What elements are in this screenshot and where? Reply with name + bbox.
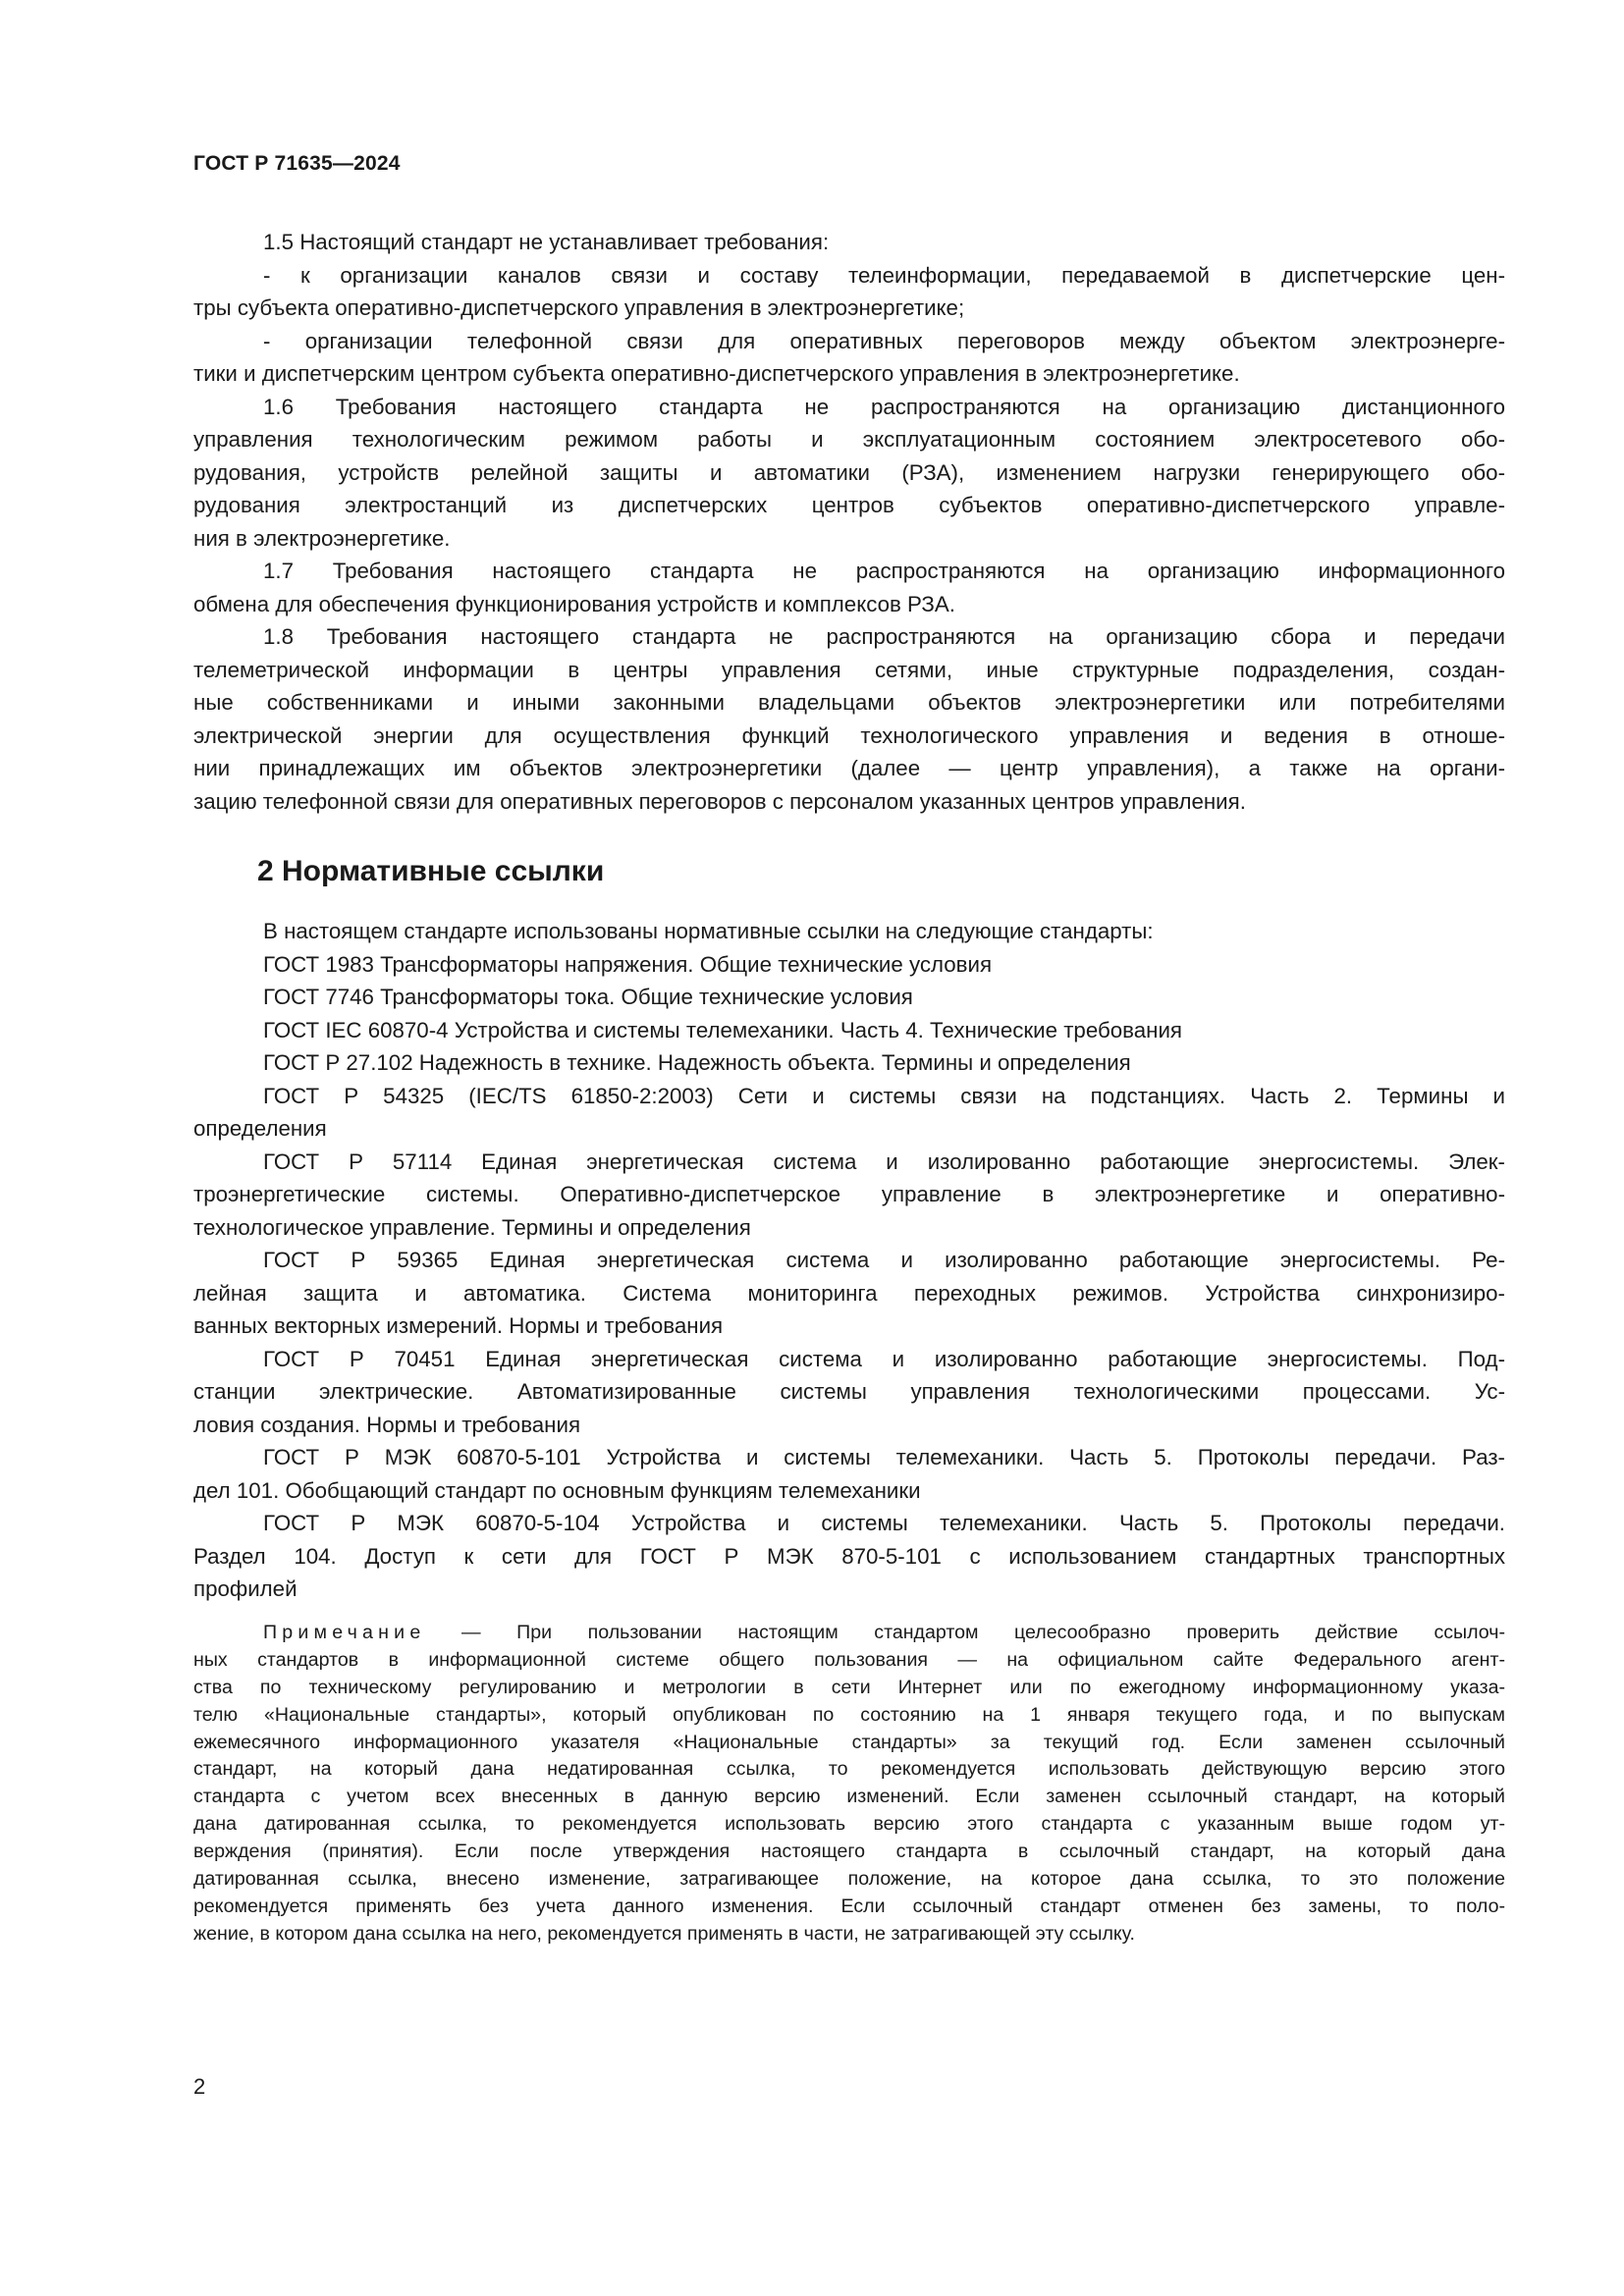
text-line: ГОСТ 1983 Трансформаторы напряжения. Общ…	[193, 948, 1505, 982]
paragraph: 1.6 Требования настоящего стандарта не р…	[193, 391, 1505, 556]
note-line: ства по техническому регулированию и мет…	[193, 1675, 1505, 1702]
text-line: - к организации каналов связи и составу …	[193, 259, 1505, 293]
note-line: рекомендуется применять без учета данног…	[193, 1894, 1505, 1921]
text-line: ГОСТ Р 57114 Единая энергетическая систе…	[193, 1146, 1505, 1179]
note-body: ных стандартов в информационной системе …	[193, 1647, 1505, 1949]
section-heading-normative-references: 2 Нормативные ссылки	[257, 855, 604, 888]
text-line: ГОСТ 7746 Трансформаторы тока. Общие тех…	[193, 981, 1505, 1014]
note-line: верждения (принятия). Если после утвержд…	[193, 1839, 1505, 1866]
text-line: 1.6 Требования настоящего стандарта не р…	[193, 391, 1505, 424]
text-line: ГОСТ Р 27.102 Надежность в технике. Наде…	[193, 1046, 1505, 1080]
text-line: телеметрической информации в центры упра…	[193, 654, 1505, 687]
paragraph: ГОСТ Р МЭК 60870-5-101 Устройства и сист…	[193, 1441, 1505, 1507]
text-line: дел 101. Обобщающий стандарт по основным…	[193, 1474, 1505, 1508]
text-line: электрической энергии для осуществления …	[193, 720, 1505, 753]
text-line: ванных векторных измерений. Нормы и треб…	[193, 1309, 1505, 1343]
note-line: ных стандартов в информационной системе …	[193, 1647, 1505, 1675]
paragraph: ГОСТ Р 59365 Единая энергетическая систе…	[193, 1244, 1505, 1343]
text-line: 1.5 Настоящий стандарт не устанавливает …	[193, 226, 1505, 259]
paragraph: - организации телефонной связи для опера…	[193, 325, 1505, 391]
note-line: ежемесячного информационного указателя «…	[193, 1730, 1505, 1757]
text-line: управления технологическим режимом работ…	[193, 423, 1505, 456]
paragraph: ГОСТ Р 57114 Единая энергетическая систе…	[193, 1146, 1505, 1245]
page-number: 2	[193, 2074, 205, 2100]
text-line: рудования, устройств релейной защиты и а…	[193, 456, 1505, 490]
text-line: ГОСТ IEC 60870-4 Устройства и системы те…	[193, 1014, 1505, 1047]
paragraph: ГОСТ Р 27.102 Надежность в технике. Наде…	[193, 1046, 1505, 1080]
note-line: стандарт, на который дана недатированная…	[193, 1756, 1505, 1784]
note-first-line: Примечание — При пользовании настоящим с…	[193, 1620, 1505, 1647]
text-line: обмена для обеспечения функционирования …	[193, 588, 1505, 621]
text-line: тры субъекта оперативно-диспетчерского у…	[193, 292, 1505, 325]
paragraph: 1.8 Требования настоящего стандарта не р…	[193, 620, 1505, 818]
paragraph: ГОСТ Р 54325 (IEC/TS 61850-2:2003) Сети …	[193, 1080, 1505, 1146]
text-line: профилей	[193, 1573, 1505, 1606]
note-line: жение, в котором дана ссылка на него, ре…	[193, 1921, 1505, 1949]
text-line: ГОСТ Р 54325 (IEC/TS 61850-2:2003) Сети …	[193, 1080, 1505, 1113]
text-line: ния в электроэнергетике.	[193, 522, 1505, 556]
text-line: 1.8 Требования настоящего стандарта не р…	[193, 620, 1505, 654]
paragraph: ГОСТ Р 70451 Единая энергетическая систе…	[193, 1343, 1505, 1442]
paragraph: В настоящем стандарте использованы норма…	[193, 915, 1505, 948]
text-line: В настоящем стандарте использованы норма…	[193, 915, 1505, 948]
text-line: - организации телефонной связи для опера…	[193, 325, 1505, 358]
text-line: ные собственниками и иными законными вла…	[193, 686, 1505, 720]
text-line: станции электрические. Автоматизированны…	[193, 1375, 1505, 1409]
text-line: тики и диспетчерским центром субъекта оп…	[193, 357, 1505, 391]
note-line: датированная ссылка, внесено изменение, …	[193, 1866, 1505, 1894]
note-block: Примечание — При пользовании настоящим с…	[193, 1620, 1505, 1949]
paragraph: ГОСТ 7746 Трансформаторы тока. Общие тех…	[193, 981, 1505, 1014]
note-line: стандарта с учетом всех внесенных в данн…	[193, 1784, 1505, 1811]
section-1-scope-continuation: 1.5 Настоящий стандарт не устанавливает …	[193, 226, 1505, 818]
text-line: ГОСТ Р 70451 Единая энергетическая систе…	[193, 1343, 1505, 1376]
text-line: зацию телефонной связи для оперативных п…	[193, 785, 1505, 819]
text-line: технологическое управление. Термины и оп…	[193, 1211, 1505, 1245]
document-code-header: ГОСТ Р 71635—2024	[193, 152, 401, 176]
text-line: 1.7 Требования настоящего стандарта не р…	[193, 555, 1505, 588]
text-line: троэнергетические системы. Оперативно-ди…	[193, 1178, 1505, 1211]
text-line: лейная защита и автоматика. Система мони…	[193, 1277, 1505, 1310]
paragraph: 1.5 Настоящий стандарт не устанавливает …	[193, 226, 1505, 259]
text-line: ГОСТ Р МЭК 60870-5-104 Устройства и сист…	[193, 1507, 1505, 1540]
text-line: ГОСТ Р 59365 Единая энергетическая систе…	[193, 1244, 1505, 1277]
text-line: Раздел 104. Доступ к сети для ГОСТ Р МЭК…	[193, 1540, 1505, 1574]
text-line: рудования электростанций из диспетчерски…	[193, 489, 1505, 522]
note-line: дана датированная ссылка, то рекомендует…	[193, 1811, 1505, 1839]
paragraph: ГОСТ IEC 60870-4 Устройства и системы те…	[193, 1014, 1505, 1047]
text-line: ловия создания. Нормы и требования	[193, 1409, 1505, 1442]
text-line: определения	[193, 1112, 1505, 1146]
paragraph: ГОСТ 1983 Трансформаторы напряжения. Общ…	[193, 948, 1505, 982]
paragraph: - к организации каналов связи и составу …	[193, 259, 1505, 325]
normative-references-list: В настоящем стандарте использованы норма…	[193, 915, 1505, 1606]
paragraph: ГОСТ Р МЭК 60870-5-104 Устройства и сист…	[193, 1507, 1505, 1606]
note-line: телю «Национальные стандарты», который о…	[193, 1702, 1505, 1730]
text-line: нии принадлежащих им объектов электроэне…	[193, 752, 1505, 785]
paragraph: 1.7 Требования настоящего стандарта не р…	[193, 555, 1505, 620]
text-line: ГОСТ Р МЭК 60870-5-101 Устройства и сист…	[193, 1441, 1505, 1474]
note-label: Примечание	[263, 1622, 425, 1643]
note-first-line-text: — При пользовании настоящим стандартом ц…	[425, 1622, 1505, 1643]
